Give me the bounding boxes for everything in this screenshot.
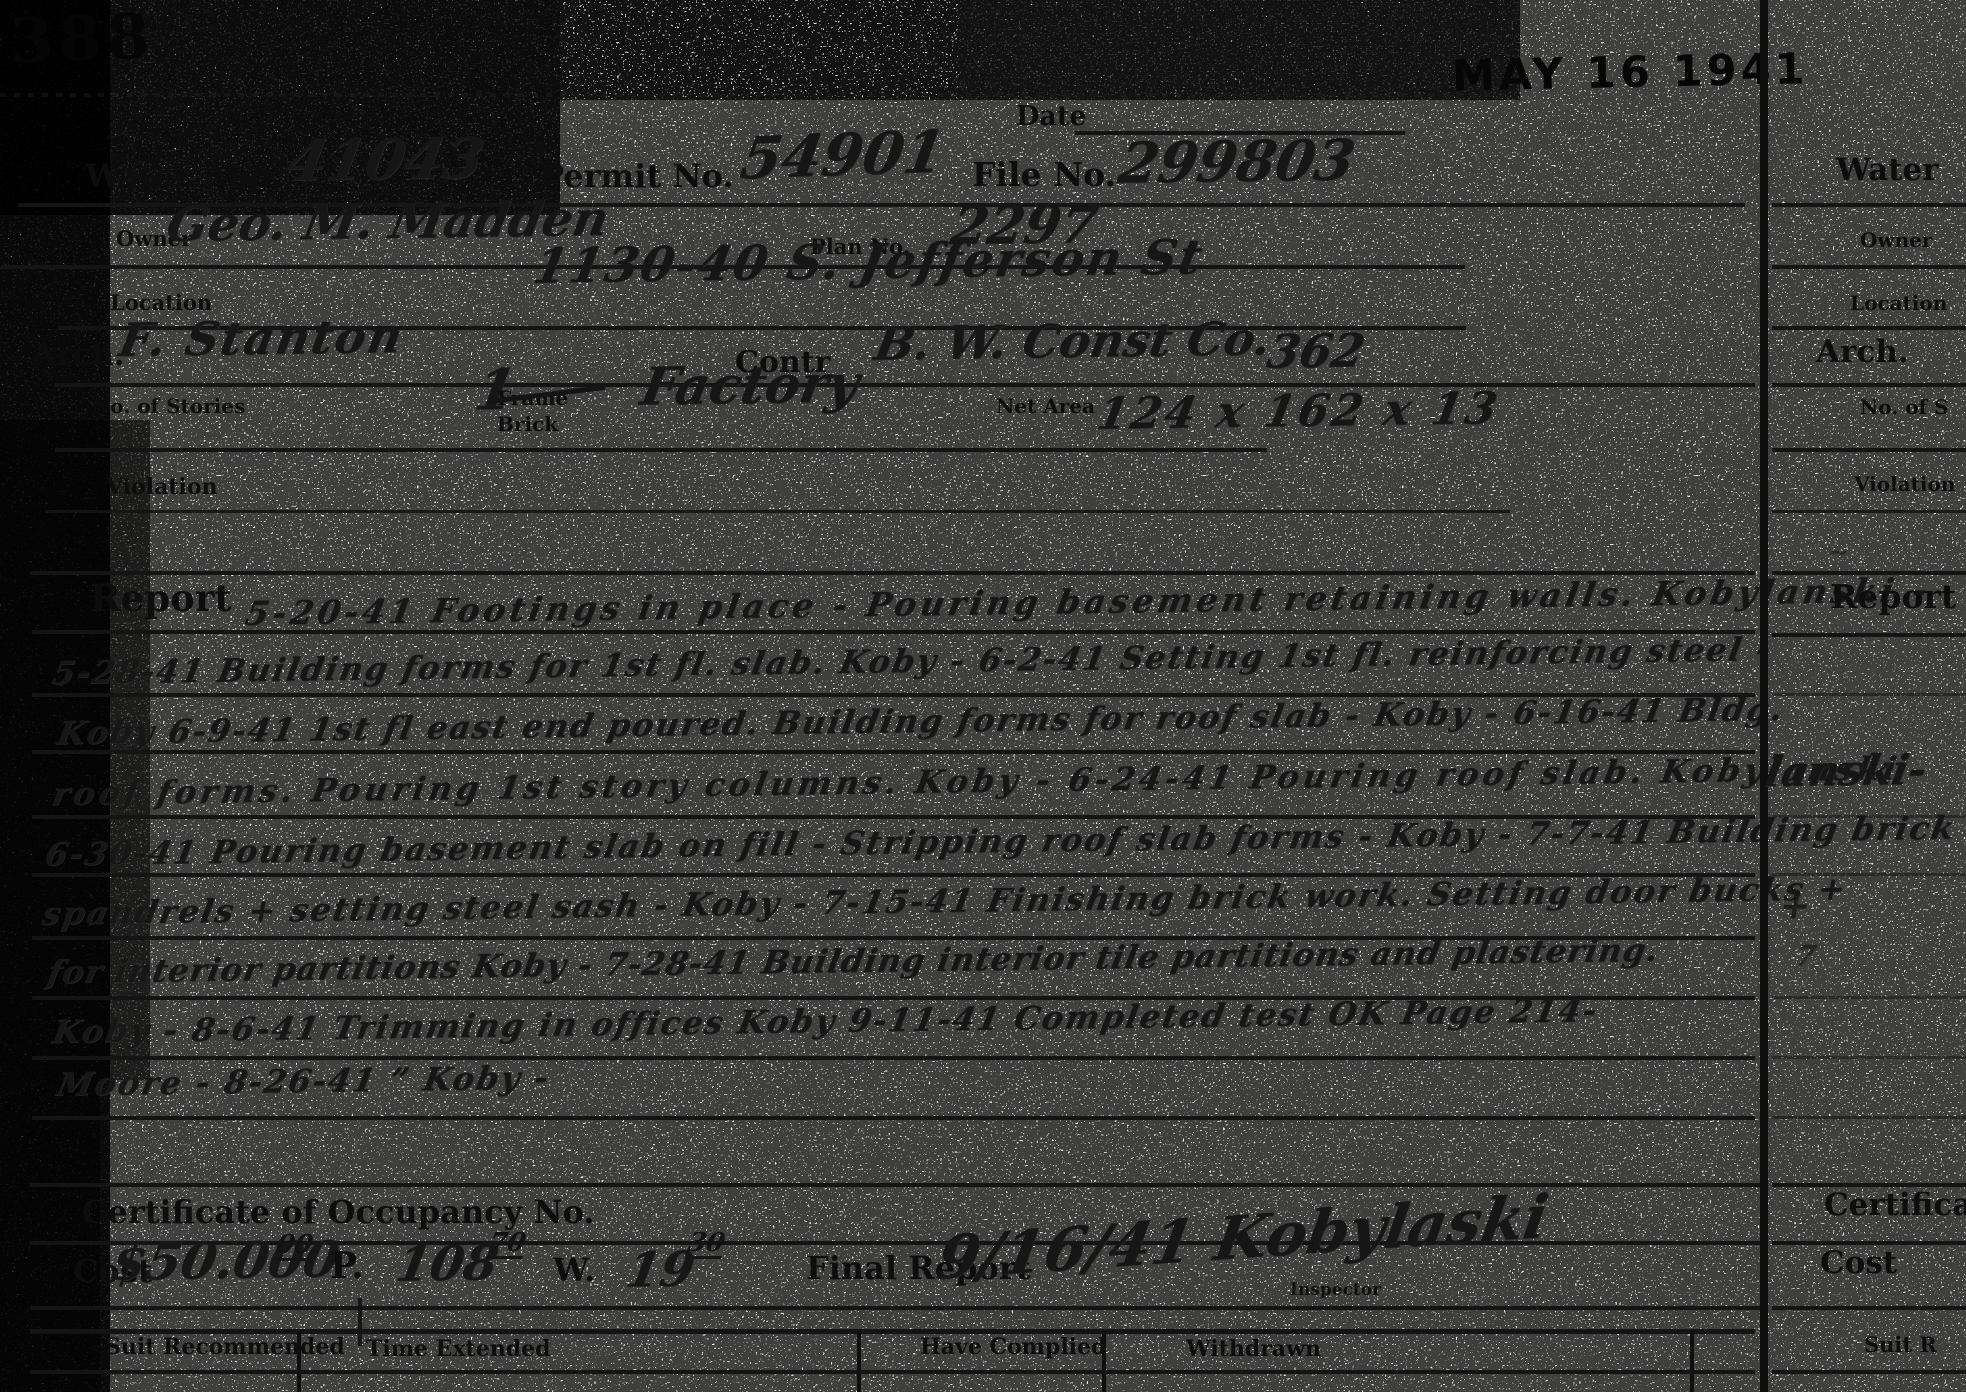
inspector-label: Inspector xyxy=(1290,1282,1381,1299)
p-cents: 70 xyxy=(486,1230,528,1259)
report-line: spandrels + setting steel sash - Koby - … xyxy=(40,872,1850,929)
location-value: 1130-40 S. Jefferson St xyxy=(530,233,1208,290)
side-suit-label: Suit R xyxy=(1864,1334,1937,1355)
net-area-value: 124 x 162 x 13 xyxy=(1094,387,1504,437)
divider xyxy=(1772,1056,1966,1059)
divider xyxy=(55,448,1267,452)
side-location-label: Location xyxy=(1850,293,1947,313)
divider xyxy=(45,510,1510,513)
divider xyxy=(1772,996,1966,999)
stories-label: No. of Stories xyxy=(92,396,245,416)
divider xyxy=(30,571,1755,575)
divider xyxy=(1772,633,1966,637)
divider xyxy=(1772,265,1966,269)
report-line: Koby - 8-6-41 Trimming in offices Koby 9… xyxy=(50,994,1601,1048)
side-arch-label: Arch. xyxy=(1816,337,1909,368)
divider xyxy=(1772,510,1966,513)
side-stories-label: No. of S xyxy=(1860,397,1949,417)
footer-col-suit: Suit Recommended xyxy=(105,1336,345,1358)
divider xyxy=(30,1306,1763,1310)
net-area-label: Net Area xyxy=(996,396,1095,416)
side-water-label: Water xyxy=(1836,155,1939,186)
divider xyxy=(1772,383,1966,387)
divider xyxy=(1772,326,1966,330)
water-app-label: Water App. xyxy=(85,160,283,192)
report-label: Report xyxy=(90,580,231,617)
report-line: 5-20-41 Footings in place - Pouring base… xyxy=(243,573,1934,629)
page-number: 388 xyxy=(9,5,155,72)
final-report-signature: 9/16/41 Kobylaski xyxy=(933,1187,1552,1289)
footer-col-withdrawn: Withdrawn xyxy=(1186,1338,1321,1360)
side-certificate-label: Certifica xyxy=(1824,1190,1966,1221)
side-cost-label: Cost xyxy=(1820,1248,1897,1279)
cost-cents: 00 xyxy=(273,1232,315,1261)
arch-label: Arch. xyxy=(32,340,125,371)
p-value: 108 xyxy=(393,1239,502,1288)
p-label: P. xyxy=(330,1248,364,1284)
report-line: roof forms. Pouring 1st story columns. K… xyxy=(50,752,1903,810)
side-squiggle-mark: ~ xyxy=(1826,540,1850,564)
divider xyxy=(32,750,1755,754)
column-divider xyxy=(857,1331,861,1392)
report-line: 5-28-41 Building forms for 1st fl. slab.… xyxy=(50,633,1775,689)
certificate-label: Certificate of Occupancy No. xyxy=(82,1196,595,1228)
permit-no-label: Permit No. xyxy=(540,160,734,192)
column-divider xyxy=(1102,1331,1106,1392)
divider xyxy=(1772,1370,1966,1374)
permit-no-value: 54901 xyxy=(737,122,949,187)
column-divider xyxy=(297,1331,301,1392)
contr-value: B. W. Const Co. xyxy=(871,315,1274,366)
divider xyxy=(1772,693,1966,696)
report-line: Moore - 8-26-41 ” Koby - xyxy=(54,1062,552,1101)
handwriting-seven-mark: 7 xyxy=(1793,942,1818,970)
scanned-permit-card: 388 MAY 16 1941 Date Water App. 41043 Pe… xyxy=(0,0,1966,1392)
date-label: Date xyxy=(1016,103,1087,130)
side-violation-label: Violation xyxy=(1854,474,1955,494)
divider xyxy=(1772,203,1966,207)
stray-mark xyxy=(358,1298,362,1346)
divider xyxy=(0,93,1505,97)
column-divider xyxy=(1690,1331,1694,1392)
divider xyxy=(1772,1306,1966,1310)
card-border xyxy=(1760,0,1768,1392)
w-label: W. xyxy=(553,1254,595,1286)
divider xyxy=(1772,571,1966,575)
water-app-value: 41043 xyxy=(283,131,488,190)
file-no-label: File No. xyxy=(972,158,1116,191)
report-line: for interior partitions Koby - 7-28-41 B… xyxy=(45,934,1661,988)
report-line: Koby 6-9-41 1st fl east end poured. Buil… xyxy=(55,693,1787,749)
handwriting-plus-mark: + xyxy=(1777,888,1814,924)
divider xyxy=(32,1056,1755,1060)
date-stamp: MAY 16 1941 xyxy=(1452,48,1809,98)
violation-label: Violation xyxy=(106,476,218,498)
divider xyxy=(1772,815,1966,818)
divider xyxy=(1772,448,1966,452)
construction-type-value: Factory xyxy=(637,358,863,413)
footer-col-complied: Have Complied xyxy=(920,1336,1106,1358)
divider xyxy=(1772,873,1966,876)
arch-value: F. Stanton xyxy=(115,313,407,363)
divider xyxy=(30,1370,1755,1374)
side-owner-label: Owner xyxy=(1860,230,1932,250)
footer-col-time: Time Extended xyxy=(366,1338,550,1360)
brick-label: Brick xyxy=(497,414,558,434)
location-label: Location xyxy=(110,292,212,313)
side-report-label: Report xyxy=(1830,580,1956,613)
contr-number: 362 xyxy=(1264,327,1369,374)
divider xyxy=(1772,1116,1966,1119)
w-cents: 30 xyxy=(685,1230,727,1259)
report-line: 6-30-41 Pouring basement slab on fill - … xyxy=(43,812,1959,871)
divider xyxy=(32,1116,1755,1120)
handwriting-overflow: lanski- xyxy=(1762,749,1930,793)
file-no-value: 299803 xyxy=(1115,132,1360,191)
